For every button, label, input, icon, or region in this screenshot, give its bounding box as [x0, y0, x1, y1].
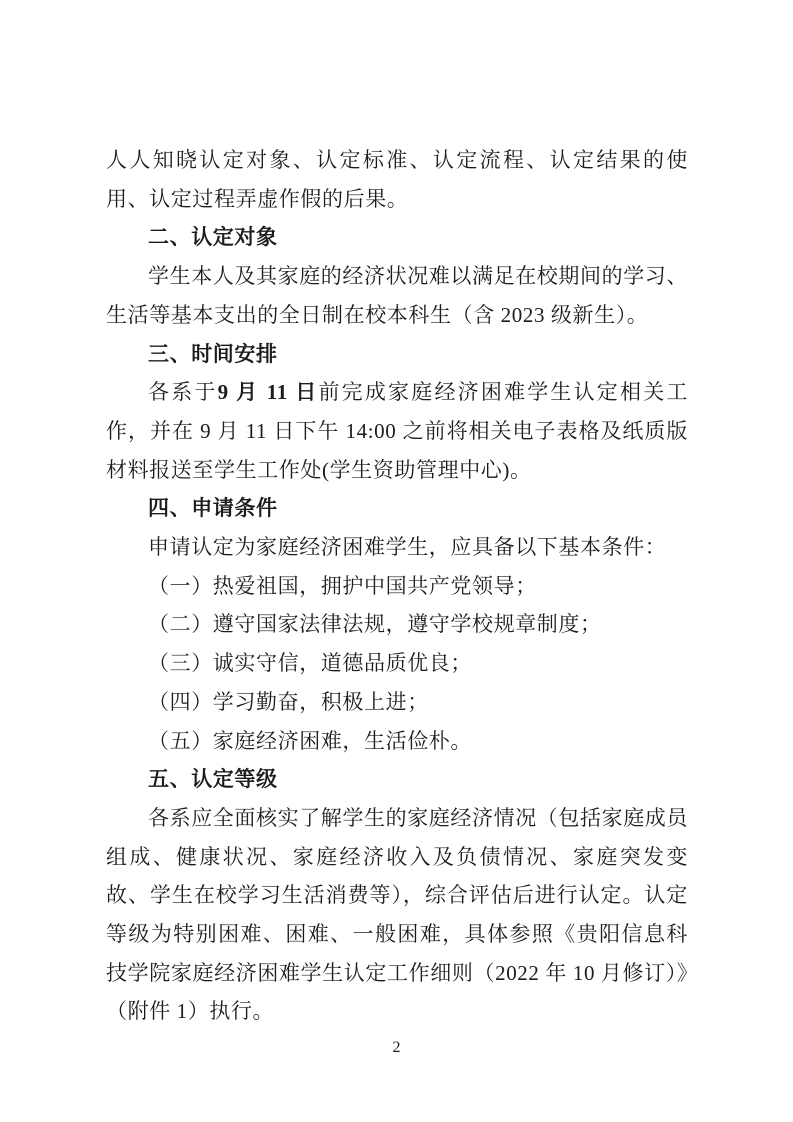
section-heading-application-conditions: 四、申请条件	[106, 489, 688, 528]
paragraph-recognition-targets: 学生本人及其家庭的经济状况难以满足在校期间的学习、生活等基本支出的全日制在校本科…	[106, 257, 688, 334]
schedule-text-run: 各系于	[148, 380, 218, 404]
document-body: 人人知晓认定对象、认定标准、认定流程、认定结果的使用、认定过程弄虚作假的后果。 …	[106, 141, 688, 1031]
section-heading-recognition-levels: 五、认定等级	[106, 760, 688, 799]
condition-item-4: （四）学习勤奋，积极上进；	[106, 683, 688, 722]
condition-item-1: （一）热爱祖国，拥护中国共产党领导；	[106, 567, 688, 606]
condition-item-2: （二）遵守国家法律法规，遵守学校规章制度；	[106, 605, 688, 644]
section-heading-recognition-targets: 二、认定对象	[106, 218, 688, 257]
condition-item-5: （五）家庭经济困难，生活俭朴。	[106, 722, 688, 761]
page-footer: 2	[0, 1038, 793, 1058]
page-number: 2	[393, 1039, 401, 1056]
paragraph-conditions-intro: 申请认定为家庭经济困难学生，应具备以下基本条件：	[106, 528, 688, 567]
paragraph-continuation: 人人知晓认定对象、认定标准、认定流程、认定结果的使用、认定过程弄虚作假的后果。	[106, 141, 688, 218]
paragraph-schedule: 各系于9 月 11 日前完成家庭经济困难学生认定相关工作，并在 9 月 11 日…	[106, 373, 688, 489]
schedule-deadline-date: 9 月 11 日	[218, 380, 319, 404]
paragraph-recognition-levels: 各系应全面核实了解学生的家庭经济情况（包括家庭成员组成、健康状况、家庭经济收入及…	[106, 799, 688, 1031]
document-page: 人人知晓认定对象、认定标准、认定流程、认定结果的使用、认定过程弄虚作假的后果。 …	[0, 0, 793, 1122]
section-heading-schedule: 三、时间安排	[106, 335, 688, 374]
condition-item-3: （三）诚实守信，道德品质优良；	[106, 644, 688, 683]
